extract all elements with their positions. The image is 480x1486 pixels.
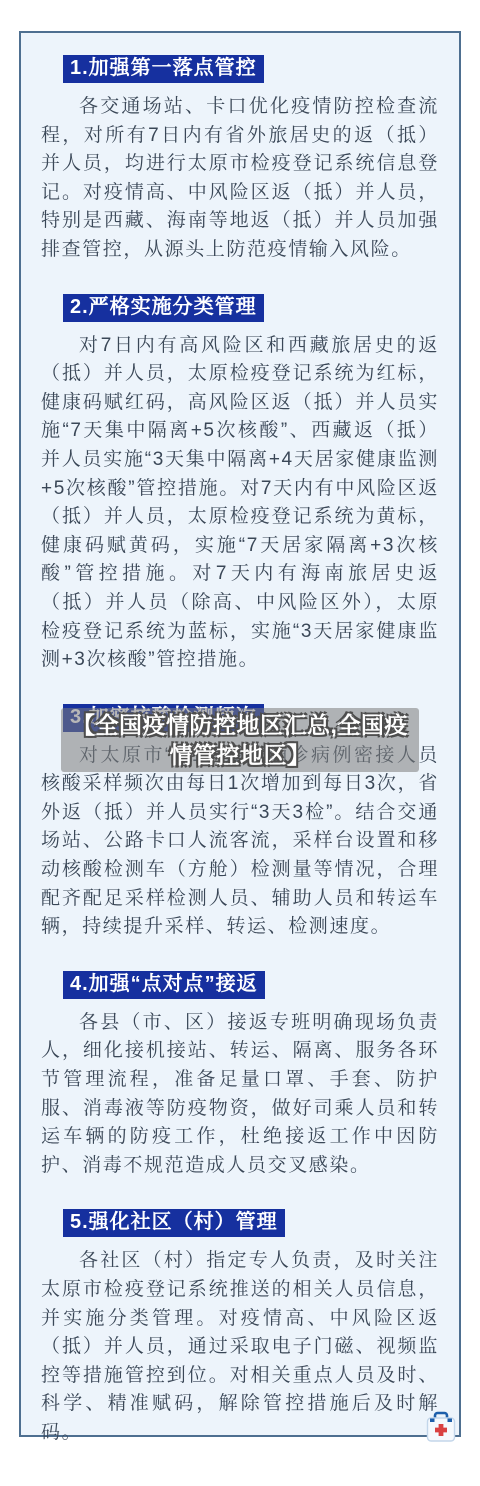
section-heading-5: 5.强化社区（村）管理 [63,1209,285,1237]
caption-text: 【全国疫情防控地区汇总,全国疫情管控地区】 [61,710,419,770]
article-page: 1.加强第一落点管控 各交通场站、卡口优化疫情防控检查流程，对所有7日内有省外旅… [0,0,480,1486]
section-heading-4: 4.加强“点对点”接返 [63,971,265,999]
first-aid-kit-icon [425,1409,457,1445]
section-body-1: 各交通场站、卡口优化疫情防控检查流程，对所有7日内有省外旅居史的返（抵）并人员，… [41,93,439,265]
video-caption-overlay: 【全国疫情防控地区汇总,全国疫情管控地区】 [61,708,419,772]
section-heading-2: 2.严格实施分类管理 [63,294,264,322]
section-body-4: 各县（市、区）接返专班明确现场负责人，细化接机接站、转运、隔离、服务各环节管理流… [41,1009,439,1181]
section-body-5: 各社区（村）指定专人负责，及时关注太原市检疫登记系统推送的相关人员信息，并实施分… [41,1247,439,1447]
section-heading-1: 1.加强第一落点管控 [63,55,264,83]
section-body-2: 对7日内有高风险区和西藏旅居史的返（抵）并人员，太原检疫登记系统为红标，健康码赋… [41,332,439,675]
